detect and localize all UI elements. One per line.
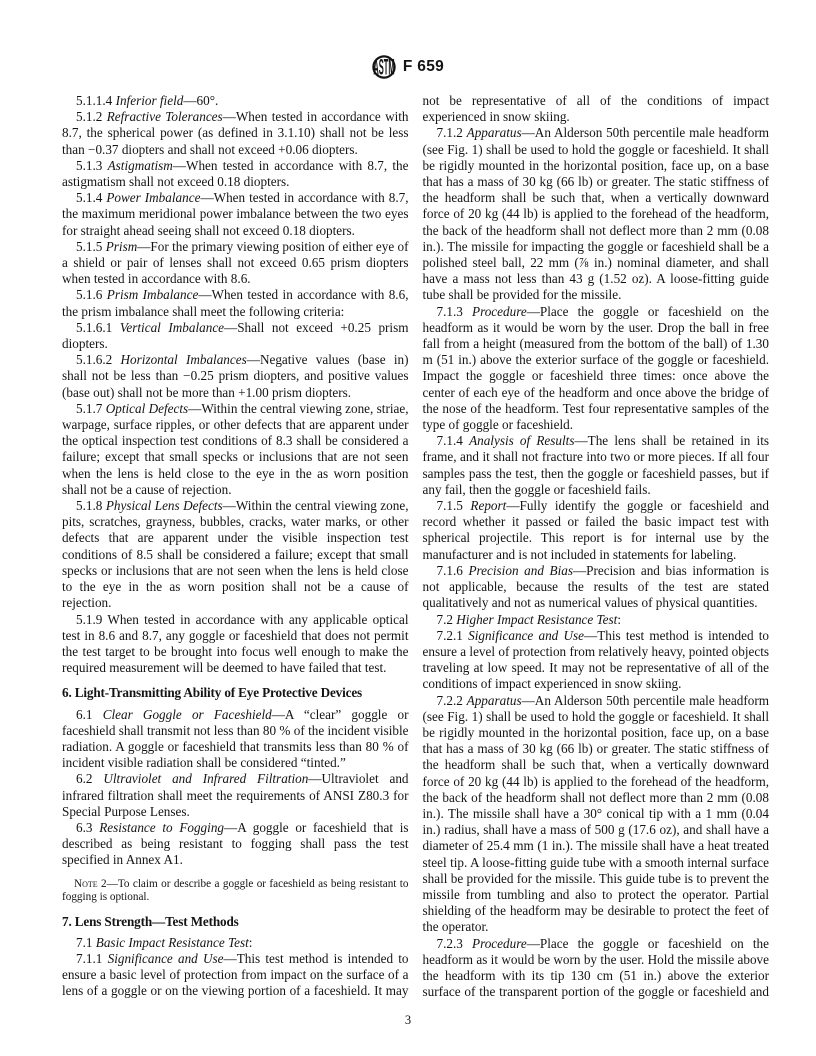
svg-text:ASTM: ASTM <box>373 56 394 79</box>
text-run: 7.1.5 <box>437 498 471 513</box>
text-run: Optical Defects <box>106 401 188 416</box>
paragraph: 5.1.6.1 Vertical Imbalance—Shall not exc… <box>62 320 409 352</box>
text-run: 6.3 <box>76 820 99 835</box>
document-body: 5.1.1.4 Inferior field—60°.5.1.2 Refract… <box>62 93 769 1007</box>
text-run: 7.2.2 <box>437 693 467 708</box>
text-run: —An Alderson 50th percentile male headfo… <box>423 125 770 302</box>
text-run: Analysis of Results <box>469 433 574 448</box>
text-run: 5.1.6.1 <box>76 320 120 335</box>
text-run: 7.2 <box>437 612 457 627</box>
page-footer: 3 <box>0 1013 816 1028</box>
paragraph: 7.2.1 Significance and Use—This test met… <box>423 628 770 693</box>
document-number: F 659 <box>403 58 444 76</box>
text-run: —Place the goggle or faceshield on the h… <box>423 304 770 432</box>
paragraph: 5.1.2 Refractive Tolerances—When tested … <box>62 109 409 158</box>
text-run: 5.1.7 <box>76 401 106 416</box>
text-run: 5.1.8 <box>76 498 106 513</box>
text-run: Apparatus <box>467 693 522 708</box>
page-number: 3 <box>405 1013 411 1027</box>
text-run: —An Alderson 50th percentile male headfo… <box>423 693 770 935</box>
text-run: 5.1.5 <box>76 239 106 254</box>
paragraph: 5.1.6.2 Horizontal Imbalances—Negative v… <box>62 352 409 401</box>
text-run: 7.1.3 <box>437 304 473 319</box>
text-run: Vertical Imbalance <box>120 320 224 335</box>
text-run: Power Imbalance <box>106 190 200 205</box>
paragraph: 5.1.1.4 Inferior field—60°. <box>62 93 409 109</box>
paragraph: 5.1.4 Power Imbalance—When tested in acc… <box>62 190 409 239</box>
text-run: Basic Impact Resistance Test <box>96 935 249 950</box>
text-run: Horizontal Imbalances <box>121 352 247 367</box>
text-run: Significance and Use <box>468 628 584 643</box>
text-run: Prism <box>106 239 138 254</box>
text-run: Inferior field <box>116 93 184 108</box>
paragraph: 7.1.5 Report—Fully identify the goggle o… <box>423 498 770 563</box>
paragraph: 7.2 Higher Impact Resistance Test: <box>423 612 770 628</box>
text-run: Apparatus <box>467 125 522 140</box>
paragraph: 5.1.5 Prism—For the primary viewing posi… <box>62 239 409 288</box>
paragraph: 6.2 Ultraviolet and Infrared Filtration—… <box>62 771 409 820</box>
text-run: 7.2.1 <box>437 628 469 643</box>
paragraph: 5.1.6 Prism Imbalance—When tested in acc… <box>62 287 409 319</box>
text-run: Precision and Bias <box>468 563 573 578</box>
text-run: Higher Impact Resistance Test <box>456 612 617 627</box>
text-run: Physical Lens Defects <box>106 498 223 513</box>
text-run: Ultraviolet and Infrared Filtration <box>103 771 308 786</box>
text-run: Prism Imbalance <box>107 287 199 302</box>
text-run: Report <box>470 498 506 513</box>
text-run: 6.2 <box>76 771 103 786</box>
text-run: 6.1 <box>76 707 103 722</box>
text-run: 5.1.2 <box>76 109 107 124</box>
paragraph: 7.1 Basic Impact Resistance Test: <box>62 935 409 951</box>
section-heading: 7. Lens Strength—Test Methods <box>62 914 409 930</box>
text-run: 7.2.3 <box>437 936 473 951</box>
text-run: 7.1 <box>76 935 96 950</box>
text-run: 7. Lens Strength—Test Methods <box>62 914 239 929</box>
paragraph: 7.1.2 Apparatus—An Alderson 50th percent… <box>423 125 770 303</box>
text-run: —Within the central viewing zone, pits, … <box>62 498 409 610</box>
text-run: 7.1.4 <box>437 433 470 448</box>
note: Note 2—To claim or describe a goggle or … <box>62 878 409 905</box>
paragraph: 7.2.2 Apparatus—An Alderson 50th percent… <box>423 693 770 936</box>
paragraph: 7.1.3 Procedure—Place the goggle or face… <box>423 304 770 434</box>
text-run: Astigmatism <box>108 158 173 173</box>
paragraph: 7.1.6 Precision and Bias—Precision and b… <box>423 563 770 612</box>
text-run: 5.1.6.2 <box>76 352 121 367</box>
text-run: 2—To claim or describe a goggle or faces… <box>62 878 409 904</box>
text-run: 7.1.6 <box>437 563 469 578</box>
paragraph: 5.1.9 When tested in accordance with any… <box>62 612 409 677</box>
text-run: 5.1.1.4 <box>76 93 116 108</box>
page-header: ASTM F 659 <box>0 55 816 79</box>
document-page: ASTM F 659 5.1.1.4 Inferior field—60°.5.… <box>0 0 816 1056</box>
text-run: Refractive Tolerances <box>107 109 223 124</box>
paragraph: 7.1.4 Analysis of Results—The lens shall… <box>423 433 770 498</box>
text-run: Note <box>74 878 98 890</box>
astm-logo-icon: ASTM <box>372 55 396 79</box>
text-run: Resistance to Fogging <box>99 820 224 835</box>
section-heading: 6. Light-Transmitting Ability of Eye Pro… <box>62 685 409 701</box>
text-run: Procedure <box>472 304 527 319</box>
text-run: 7.1.2 <box>437 125 467 140</box>
text-run: 5.1.9 When tested in accordance with any… <box>62 612 409 676</box>
text-run: : <box>249 935 253 950</box>
text-run: —60°. <box>183 93 218 108</box>
paragraph: 5.1.3 Astigmatism—When tested in accorda… <box>62 158 409 190</box>
text-run: 5.1.4 <box>76 190 106 205</box>
text-run: 5.1.3 <box>76 158 108 173</box>
text-run: 5.1.6 <box>76 287 107 302</box>
text-run: Significance and Use <box>108 951 224 966</box>
paragraph: 5.1.7 Optical Defects—Within the central… <box>62 401 409 498</box>
text-run: Clear Goggle or Faceshield <box>103 707 272 722</box>
text-run: 6. Light-Transmitting Ability of Eye Pro… <box>62 685 362 700</box>
paragraph: 6.1 Clear Goggle or Faceshield—A “clear”… <box>62 707 409 772</box>
text-run: : <box>617 612 621 627</box>
paragraph: 5.1.8 Physical Lens Defects—Within the c… <box>62 498 409 611</box>
text-run: 7.1.1 <box>76 951 108 966</box>
paragraph: 6.3 Resistance to Fogging—A goggle or fa… <box>62 820 409 869</box>
text-run: Procedure <box>472 936 527 951</box>
